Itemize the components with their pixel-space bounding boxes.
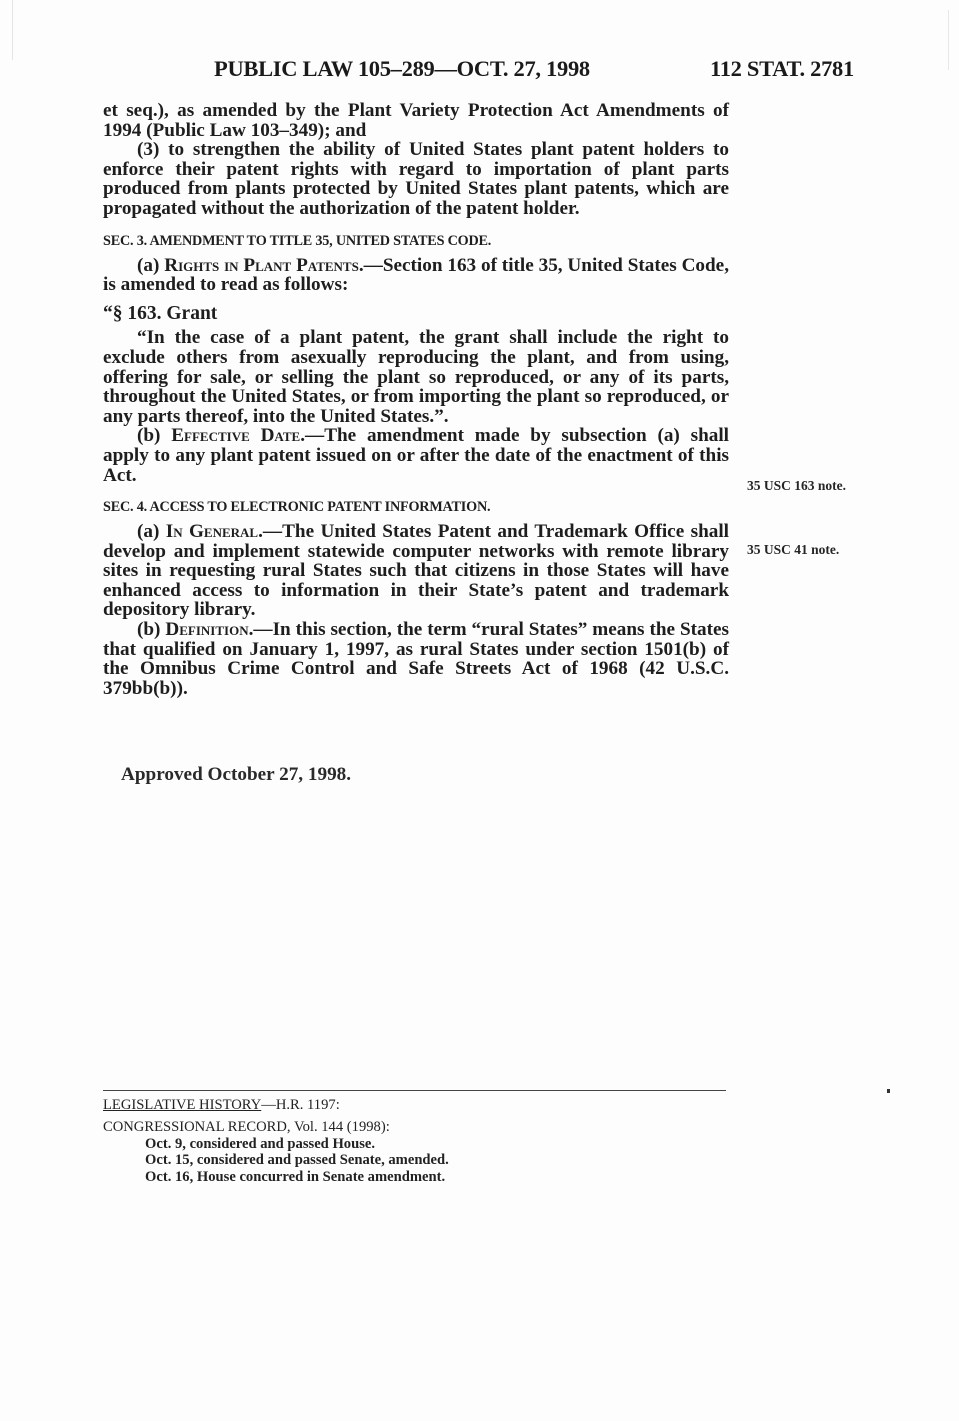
congressional-record: CONGRESSIONAL RECORD, Vol. 144 (1998): [103,1119,449,1135]
sec3-heading: SEC. 3. AMENDMENT TO TITLE 35, UNITED ST… [103,232,729,250]
margin-note-41: 35 USC 41 note. [747,542,839,558]
section-163-text: “In the case of a plant patent, the gran… [103,328,729,426]
sec3-subsection-b: (b) Effective Date.—The amendment made b… [103,426,729,485]
running-head: PUBLIC LAW 105–289—OCT. 27, 1998 [214,56,590,82]
scan-edge-left [12,0,13,60]
approval-date: Approved October 27, 1998. [121,764,351,786]
sec3-b-label: (b) [137,425,171,446]
statute-page-reference: 112 STAT. 2781 [710,56,854,82]
history-action-1: Oct. 9, considered and passed House. [103,1136,449,1152]
continuation-text: et seq.), as amended by the Plant Variet… [103,101,729,140]
sec4-a-label: (a) [137,521,166,542]
sec3-b-title: Effective Date [171,425,300,446]
sec3-a-title: Rights in Plant Patents [164,255,359,276]
legislative-history-title: LEGISLATIVE HISTORY—H.R. 1197: [103,1097,449,1113]
bill-number: —H.R. 1197: [261,1097,340,1113]
sec4-heading: SEC. 4. ACCESS TO ELECTRONIC PATENT INFO… [103,498,729,516]
sec3-subsection-a: (a) Rights in Plant Patents.—Section 163… [103,256,729,295]
scan-speck [887,1089,890,1093]
history-action-2: Oct. 15, considered and passed Senate, a… [103,1152,449,1168]
scan-edge-right [948,10,949,70]
footer-divider [103,1090,726,1091]
legislative-history: LEGISLATIVE HISTORY—H.R. 1197: CONGRESSI… [103,1097,449,1185]
history-action-3: Oct. 16, House concurred in Senate amend… [103,1169,449,1185]
legislative-history-label: LEGISLATIVE HISTORY [103,1097,261,1113]
document-body: et seq.), as amended by the Plant Variet… [103,101,729,698]
sec4-a-title: In General [166,521,258,542]
section-163-heading: “§ 163. Grant [103,304,729,324]
sec3-a-label: (a) [137,255,164,276]
sec4-b-title: Definition [165,619,248,640]
purpose-item-3: (3) to strengthen the ability of United … [103,140,729,218]
margin-note-163: 35 USC 163 note. [747,478,846,494]
document-page: PUBLIC LAW 105–289—OCT. 27, 1998 112 STA… [0,0,959,1421]
sec4-subsection-b: (b) Definition.—In this section, the ter… [103,620,729,698]
sec4-subsection-a: (a) In General.—The United States Patent… [103,522,729,620]
sec4-b-label: (b) [137,619,165,640]
